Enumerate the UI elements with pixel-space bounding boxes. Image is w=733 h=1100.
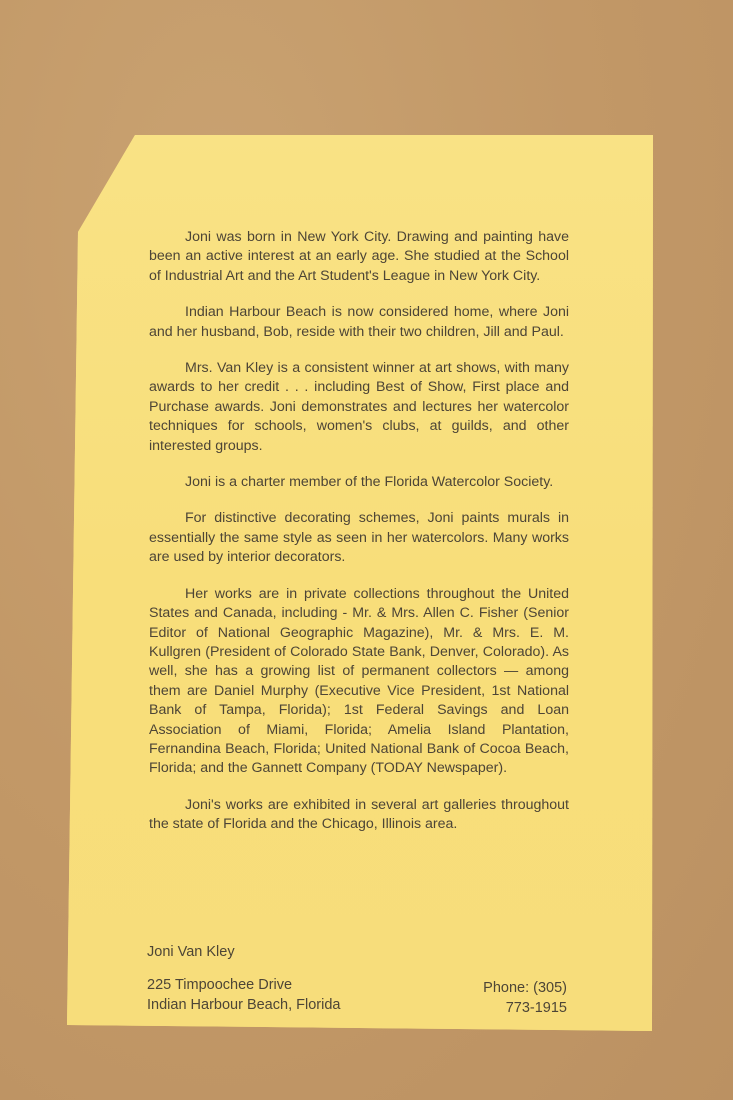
paragraph-murals: For distinctive decorating schemes, Joni… xyxy=(149,509,569,567)
paragraph-collections: Her works are in private collections thr… xyxy=(149,585,569,779)
paragraph-home: Indian Harbour Beach is now considered h… xyxy=(149,303,569,342)
paragraph-society: Joni is a charter member of the Florida … xyxy=(149,473,569,492)
address-line-2: Indian Harbour Beach, Florida xyxy=(147,995,340,1015)
address-block: 225 Timpoochee Drive Indian Harbour Beac… xyxy=(147,975,340,1015)
signature-name: Joni Van Kley xyxy=(147,944,235,960)
paragraph-birth: Joni was born in New York City. Drawing … xyxy=(149,228,569,286)
phone-line-1: Phone: (305) xyxy=(483,978,567,998)
paragraph-galleries: Joni's works are exhibited in several ar… xyxy=(149,796,569,835)
address-line-1: 225 Timpoochee Drive xyxy=(147,975,340,995)
phone-block: Phone: (305) 773-1915 xyxy=(483,978,567,1018)
biography-text: Joni was born in New York City. Drawing … xyxy=(149,228,569,852)
phone-line-2: 773-1915 xyxy=(483,998,567,1018)
paragraph-awards: Mrs. Van Kley is a consistent winner at … xyxy=(149,359,569,456)
